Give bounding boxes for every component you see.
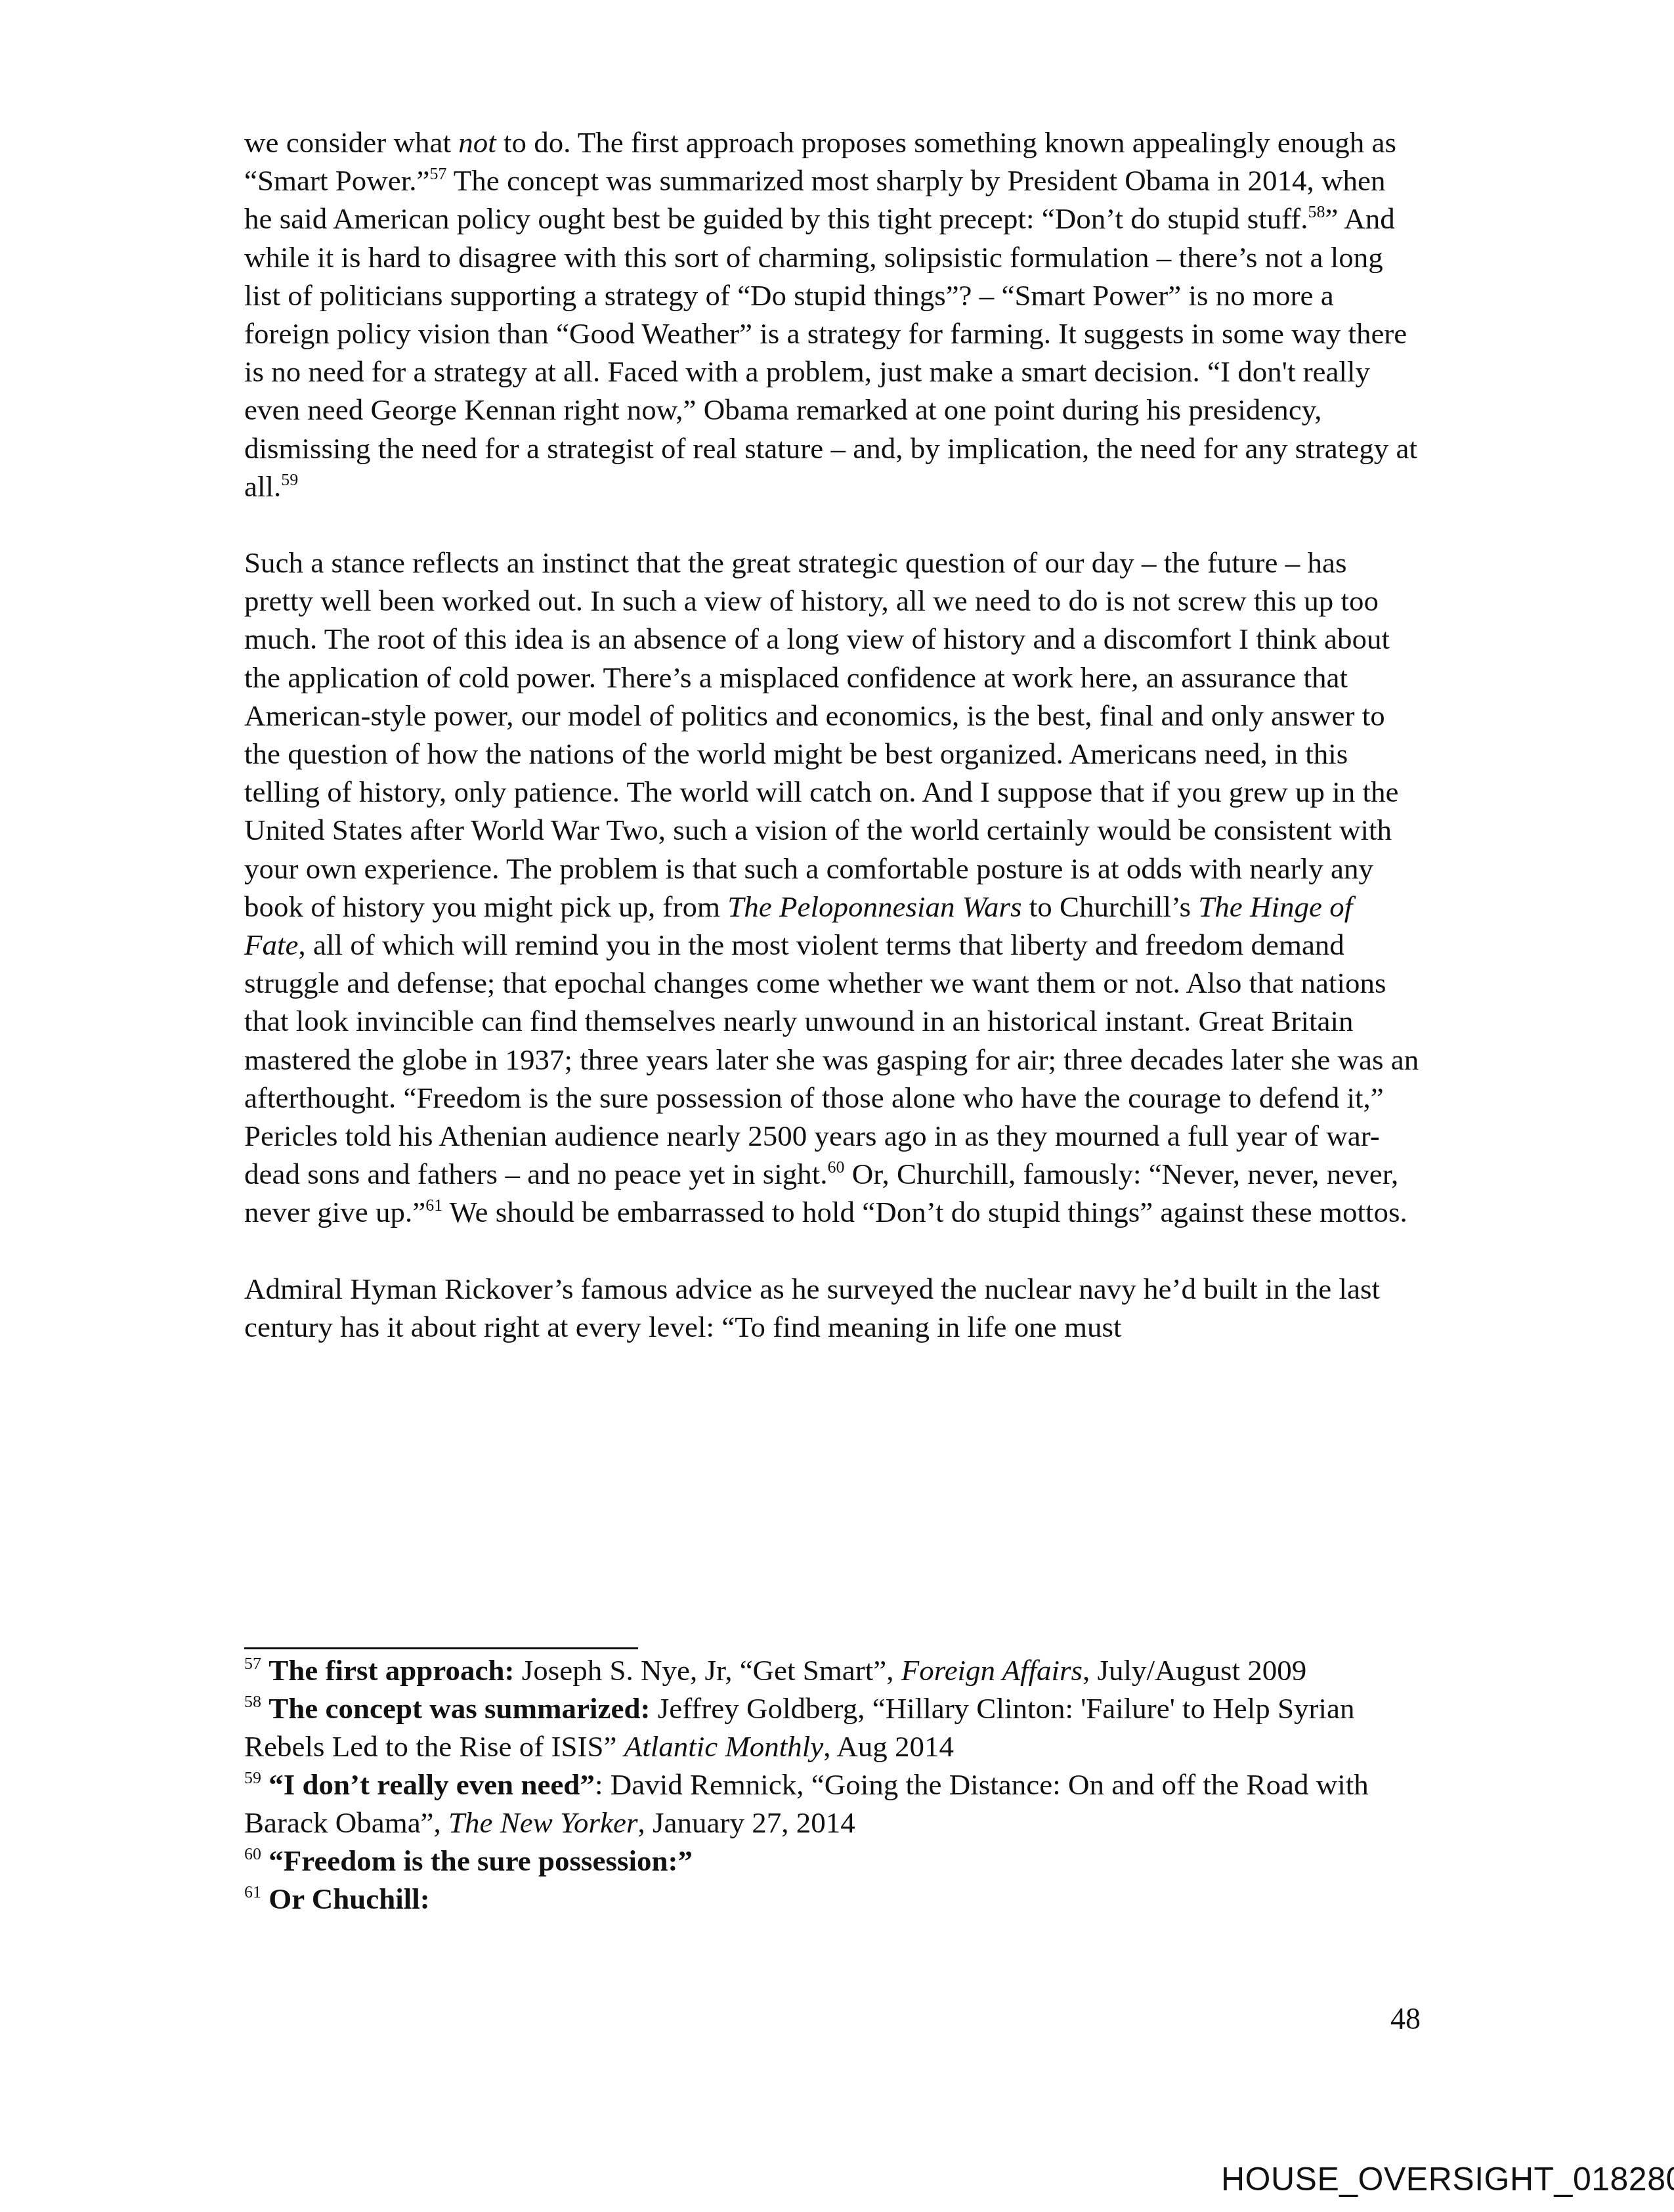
footnote-59: 59 “I don’t really even need”: David Rem… <box>244 1766 1419 1842</box>
text-run: ” And while it is hard to disagree with … <box>244 202 1417 502</box>
italic-text: Atlantic Monthly <box>624 1730 824 1763</box>
italic-text: The New Yorker <box>448 1806 637 1839</box>
italic-text: not <box>458 126 496 159</box>
footnote-number: 60 <box>244 1844 261 1863</box>
footnote-57: 57 The first approach: Joseph S. Nye, Jr… <box>244 1651 1419 1689</box>
footnote-title: “I don’t really even need” <box>268 1768 595 1801</box>
footnote-ref: 57 <box>429 164 446 183</box>
text-run: Admiral Hyman Rickover’s famous advice a… <box>244 1272 1380 1343</box>
text-run: Such a stance reflects an instinct that … <box>244 546 1398 923</box>
footnote-ref: 61 <box>425 1196 442 1215</box>
paragraph-3: Admiral Hyman Rickover’s famous advice a… <box>244 1270 1419 1346</box>
footnote-title: Or Chuchill: <box>268 1882 429 1915</box>
italic-text: The Peloponnesian Wars <box>727 890 1021 923</box>
footnote-title: The concept was summarized: <box>268 1692 650 1725</box>
text-run: , July/August 2009 <box>1083 1654 1306 1687</box>
text-run: , all of which will remind you in the mo… <box>244 928 1419 1190</box>
text-run: , Aug 2014 <box>823 1730 954 1763</box>
text-run: we consider what <box>244 126 458 159</box>
document-page: we consider what not to do. The first ap… <box>0 0 1674 2212</box>
text-run: to Churchill’s <box>1022 890 1199 923</box>
footnote-separator <box>244 1647 638 1649</box>
paragraph-2: Such a stance reflects an instinct that … <box>244 544 1419 1232</box>
footnote-title: “Freedom is the sure possession:” <box>268 1844 693 1877</box>
footnote-58: 58 The concept was summarized: Jeffrey G… <box>244 1689 1419 1766</box>
italic-text: Foreign Affairs <box>901 1654 1083 1687</box>
footnote-ref: 59 <box>281 470 298 489</box>
footnote-number: 61 <box>244 1882 261 1901</box>
footnote-title: The first approach: <box>268 1654 514 1687</box>
footnote-number: 59 <box>244 1768 261 1787</box>
page-number: 48 <box>1390 2001 1421 2036</box>
footnotes: 57 The first approach: Joseph S. Nye, Jr… <box>244 1651 1419 1918</box>
text-run: Joseph S. Nye, Jr, “Get Smart”, <box>514 1654 901 1687</box>
body-text: we consider what not to do. The first ap… <box>244 123 1419 1384</box>
footnote-number: 58 <box>244 1692 261 1711</box>
footnote-ref: 60 <box>828 1158 845 1177</box>
footnote-ref: 58 <box>1308 202 1325 221</box>
text-run: We should be embarrassed to hold “Don’t … <box>442 1196 1407 1228</box>
footnote-number: 57 <box>244 1654 261 1673</box>
text-run: , January 27, 2014 <box>637 1806 855 1839</box>
bates-stamp: HOUSE_OVERSIGHT_018280 <box>1221 2160 1674 2198</box>
footnote-61: 61 Or Chuchill: <box>244 1880 1419 1918</box>
footnote-60: 60 “Freedom is the sure possession:” <box>244 1842 1419 1880</box>
paragraph-1: we consider what not to do. The first ap… <box>244 123 1419 506</box>
